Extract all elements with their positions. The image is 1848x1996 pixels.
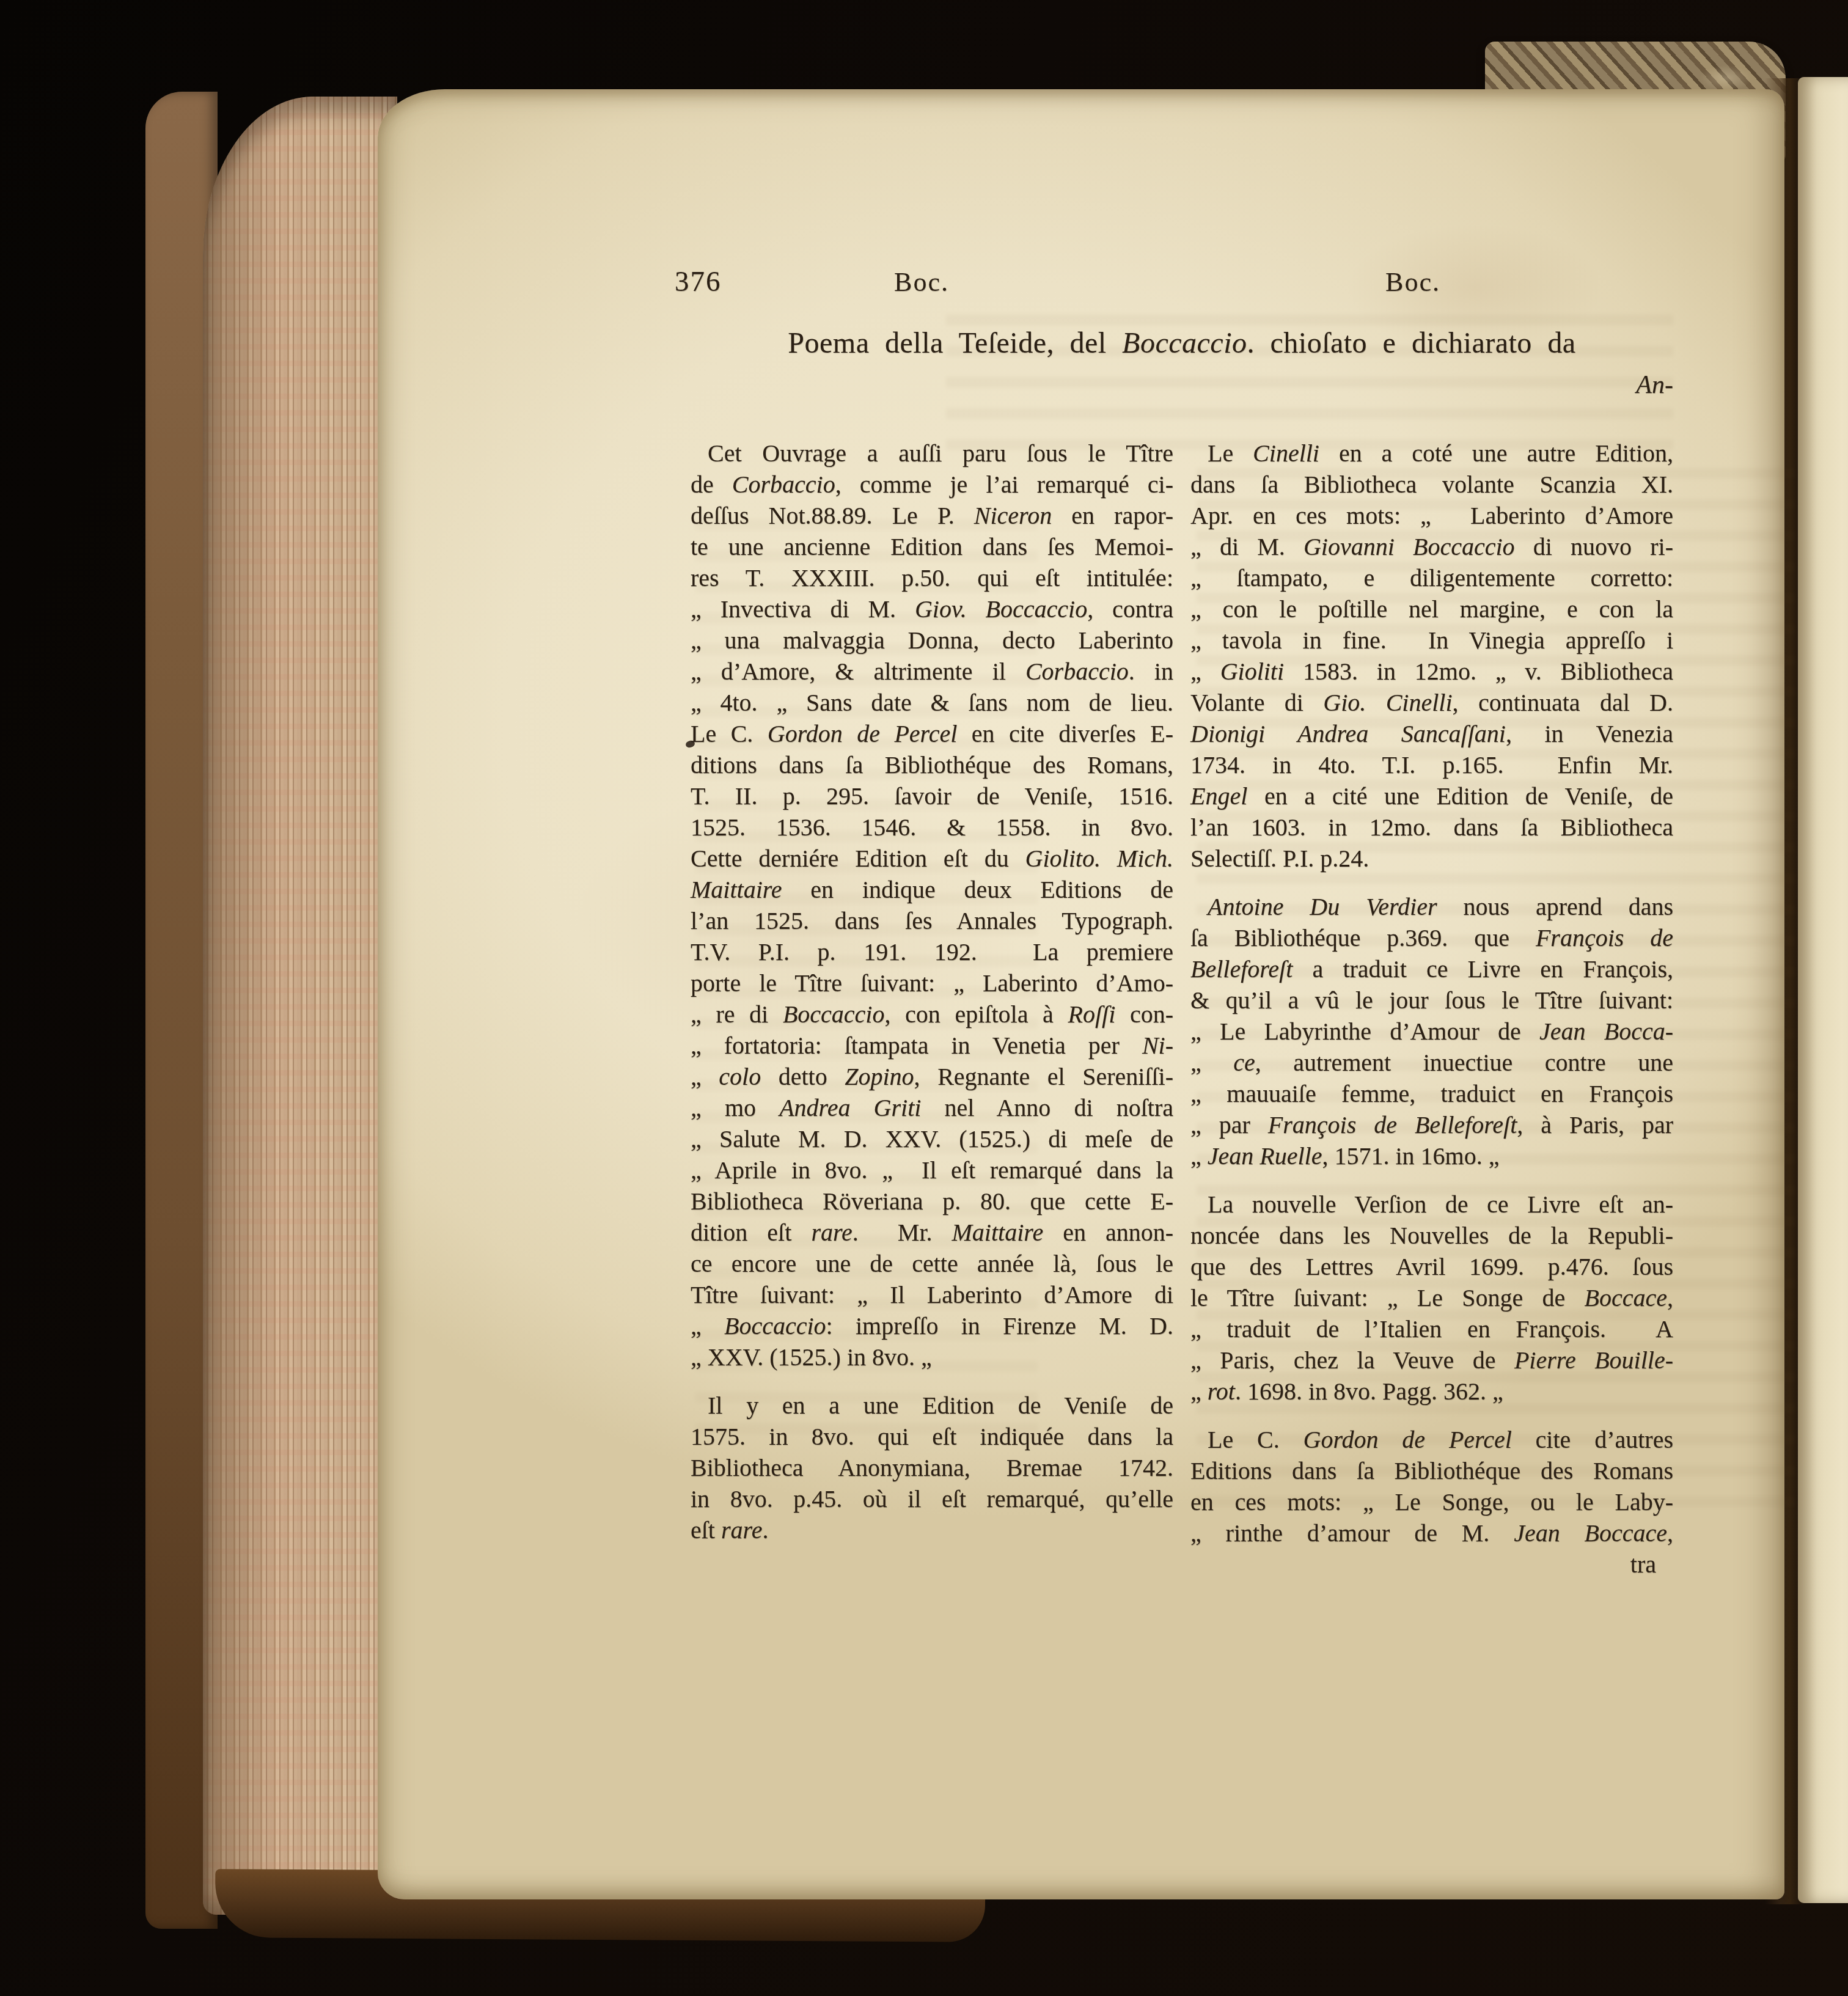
text-line: Le Cinelli en a coté une autre Edition, — [1190, 438, 1673, 469]
page-stack-fore-edge — [203, 97, 397, 1915]
text-line: Selectiſſ. P.I. p.24. — [1190, 843, 1673, 874]
book-page: 376 Boc. Boc. Poema della Teſeide, del B… — [378, 89, 1784, 1899]
text-run: Il y en a une Edition de Veniſe de — [708, 1392, 1173, 1419]
text-run: „ Salute M. D. XXV. (1525.) di meſe de — [691, 1125, 1173, 1153]
text-run: „ XXV. (1525.) in 8vo. „ — [691, 1343, 932, 1371]
text-line: in 8vo. p.45. où il eſt remarqué, qu’ell… — [691, 1483, 1173, 1514]
text-run: . Mr. — [853, 1219, 952, 1246]
book-photograph: { "page_number": "376", "running_heads":… — [0, 0, 1848, 1996]
text-line: 1525. 1536. 1546. & 1558. in 8vo. — [691, 812, 1173, 843]
running-head-right: Boc. — [1385, 266, 1440, 298]
text-column-left: Cet Ouvrage a auſſi paru ſous le Tîtrede… — [691, 438, 1173, 1580]
text-run: „ re di — [691, 1000, 783, 1028]
text-line: eſt rare. — [691, 1514, 1173, 1546]
text-line: ce encore une de cette année là, ſous le — [691, 1248, 1173, 1279]
text-run: , autrement inuectiue contre une — [1255, 1049, 1673, 1076]
text-run: nel Anno di noſtra — [921, 1094, 1173, 1121]
italic-text-run: Roſſi — [1068, 1000, 1115, 1028]
text-line: „ Gioliti 1583. in 12mo. „ v. Bibliothec… — [1190, 656, 1673, 687]
text-line: ditions dans ſa Bibliothéque des Romans, — [691, 749, 1173, 780]
text-run: nous aprend dans — [1437, 893, 1673, 920]
text-line: Maittaire en indique deux Editions de — [691, 874, 1173, 905]
text-line: „ Le Labyrinthe d’Amour de Jean Bocca- — [1190, 1016, 1673, 1047]
text-line: Tître ſuivant: „ Il Laberinto d’Amore di — [691, 1279, 1173, 1310]
text-line: Bibliotheca Anonymiana, Bremae 1742. — [691, 1452, 1173, 1483]
text-run: „ traduit de l’Italien en François. A — [1190, 1315, 1673, 1343]
italic-text-run: Cinelli — [1253, 439, 1319, 467]
text-line: Bibliotheca Röveriana p. 80. que cette E… — [691, 1186, 1173, 1217]
italic-text-run: Maittaire — [952, 1219, 1044, 1246]
text-run: Volante di — [1190, 689, 1323, 716]
text-run: „ — [1190, 1049, 1233, 1076]
paragraph: Cet Ouvrage a auſſi paru ſous le Tîtrede… — [691, 438, 1173, 1373]
running-header: 376 Boc. Boc. — [691, 265, 1673, 304]
text-run: dans ſa Bibliotheca volante Scanzia XI. — [1190, 471, 1673, 498]
text-run: 1583. in 12mo. „ v. Bibliotheca — [1284, 658, 1673, 685]
text-run: „ Le Labyrinthe d’Amour de — [1190, 1018, 1539, 1045]
text-run: „ 4to. „ Sans date & ſans nom de lieu. — [691, 689, 1173, 716]
text-line: „ XXV. (1525.) in 8vo. „ — [691, 1341, 1173, 1373]
text-line: porte le Tître ſuivant: „ Laberinto d’Am… — [691, 967, 1173, 999]
text-run: porte le Tître ſuivant: „ Laberinto d’Am… — [691, 969, 1173, 997]
text-run: „ con le poſtille nel margine, e con la — [1190, 595, 1673, 623]
italic-text-run: Jean Bocca- — [1539, 1018, 1673, 1045]
text-column-right: Le Cinelli en a coté une autre Edition,d… — [1190, 438, 1673, 1580]
italic-text-run: rot — [1208, 1378, 1235, 1405]
paragraph: Il y en a une Edition de Veniſe de1575. … — [691, 1390, 1173, 1546]
text-run: di nuovo ri- — [1515, 533, 1673, 560]
text-line: „ Boccaccio: impreſſo in Firenze M. D. — [691, 1310, 1173, 1341]
text-run: en cite diverſes E- — [957, 720, 1173, 747]
text-run: „ Paris, chez la Veuve de — [1190, 1346, 1514, 1374]
text-run: Tître ſuivant: „ Il Laberinto d’Amore di — [691, 1281, 1173, 1308]
text-run: que des Lettres Avril 1699. p.476. ſous — [1190, 1253, 1673, 1280]
page-number: 376 — [675, 265, 722, 298]
text-line: „ Salute M. D. XXV. (1525.) di meſe de — [691, 1123, 1173, 1154]
text-line: Le C. Gordon de Percel cite d’autres — [1190, 1424, 1673, 1455]
italic-text-run: Giolito. Mich. — [1025, 845, 1173, 872]
text-line: Antoine Du Verdier nous aprend dans — [1190, 891, 1673, 922]
text-line: „ rot. 1698. in 8vo. Pagg. 362. „ — [1190, 1376, 1673, 1407]
text-run: l’an 1525. dans ſes Annales Typograph. — [691, 907, 1173, 934]
text-run: & qu’il a vû le jour ſous le Tître ſuiva… — [1190, 986, 1673, 1014]
text-run: eſt — [691, 1516, 721, 1544]
text-run: en a coté une autre Edition, — [1319, 439, 1673, 467]
italic-text-run: Boccaccio — [783, 1000, 885, 1028]
text-run: „ tavola in fine. In Vinegia appreſſo i — [1190, 626, 1673, 654]
text-run: en indique deux Editions de — [782, 876, 1173, 903]
italic-text-run: Boccaccio — [724, 1312, 826, 1340]
italic-text-run: Jean Boccace — [1514, 1519, 1667, 1547]
italic-text-run: Zopino — [845, 1063, 914, 1090]
text-line: „ colo detto Zopino, Regnante el Sereniſ… — [691, 1061, 1173, 1092]
text-run: „ Invectiva di M. — [691, 595, 915, 623]
text-run: . — [762, 1516, 768, 1544]
text-line: que des Lettres Avril 1699. p.476. ſous — [1190, 1251, 1673, 1282]
italic-text-run: Jean Ruelle — [1208, 1142, 1322, 1170]
text-line: noncée dans les Nouvelles de la Republi- — [1190, 1220, 1673, 1251]
text-run: . chioſato e dichiarato da — [1247, 327, 1575, 359]
text-run: , in Venezia — [1506, 720, 1673, 747]
text-line: „ Invectiva di M. Giov. Boccaccio, contr… — [691, 593, 1173, 625]
text-run: deſſus Not.88.89. Le P. — [691, 502, 974, 529]
italic-text-run: Gio. Cinelli — [1323, 689, 1452, 716]
text-run: La nouvelle Verſion de ce Livre eſt an- — [1208, 1191, 1673, 1218]
text-line: res T. XXXIII. p.50. qui eſt intitulée: — [691, 562, 1173, 593]
text-run: „ di M. — [1190, 533, 1303, 560]
text-run: ce encore une de cette année là, ſous le — [691, 1250, 1173, 1277]
text-run: , à Paris, par — [1517, 1111, 1673, 1139]
text-line: „ fortatoria: ſtampata in Venetia per Ni… — [691, 1030, 1173, 1061]
italic-text-run: Maittaire — [691, 876, 782, 903]
italic-text-run: Boccaccio — [1122, 327, 1247, 359]
text-run: Bibliotheca Anonymiana, Bremae 1742. — [691, 1454, 1173, 1481]
text-run: tra — [1630, 1550, 1656, 1578]
text-run: . in — [1129, 658, 1173, 685]
italic-text-run: Gordon de Percel — [1303, 1426, 1512, 1453]
text-run: de — [691, 471, 732, 498]
text-columns: Cet Ouvrage a auſſi paru ſous le Tîtrede… — [691, 438, 1673, 1580]
text-run: , 1571. in 16mo. „ — [1322, 1142, 1499, 1170]
text-line: La nouvelle Verſion de ce Livre eſt an- — [1190, 1189, 1673, 1220]
text-line: „ d’Amore, & altrimente il Corbaccio. in — [691, 656, 1173, 687]
text-run: „ una malvaggia Donna, decto Laberinto — [691, 626, 1173, 654]
text-run: Selectiſſ. P.I. p.24. — [1190, 845, 1369, 872]
italic-text-run: Antoine Du Verdier — [1208, 893, 1437, 920]
facing-page-edge — [1798, 77, 1848, 1903]
italic-text-run: Corbaccio — [1025, 658, 1129, 685]
italic-text-run: François de Belleforeſt — [1268, 1111, 1517, 1139]
italic-text-run: colo — [719, 1063, 761, 1090]
text-run: cite d’autres — [1512, 1426, 1673, 1453]
text-line: „ re di Boccaccio, con epiſtola à Roſſi … — [691, 999, 1173, 1030]
text-line: ſa Bibliothéque p.369. que François de — [1190, 922, 1673, 953]
text-line: „ ce, autrement inuectiue contre une — [1190, 1047, 1673, 1078]
italic-text-run: Ni- — [1142, 1032, 1173, 1059]
text-line: „ mo Andrea Griti nel Anno di noſtra — [691, 1092, 1173, 1123]
text-run: T. II. p. 295. ſavoir de Veniſe, 1516. — [691, 782, 1173, 810]
text-line: „ traduit de l’Italien en François. A — [1190, 1313, 1673, 1345]
text-line: „ 4to. „ Sans date & ſans nom de lieu. — [691, 687, 1173, 718]
text-run: : impreſſo in Firenze M. D. — [826, 1312, 1173, 1340]
text-run: Poema della Teſeide, del — [788, 327, 1122, 359]
text-line: en ces mots: „ Le Songe, ou le Laby- — [1190, 1486, 1673, 1517]
text-line: „ rinthe d’amour de M. Jean Boccace, — [1190, 1517, 1673, 1549]
text-run: l’an 1603. in 12mo. dans ſa Bibliotheca — [1190, 813, 1673, 841]
text-run: ditions dans ſa Bibliothéque des Romans, — [691, 751, 1173, 779]
text-line: T.V. P.I. p. 191. 192. La premiere — [691, 936, 1173, 967]
text-run: en rapor- — [1052, 502, 1173, 529]
italic-text-run: rare — [721, 1516, 762, 1544]
paragraph: Antoine Du Verdier nous aprend dansſa Bi… — [1190, 891, 1673, 1172]
italic-text-run: Dionigi Andrea Sancaſſani — [1190, 720, 1506, 747]
text-line: deſſus Not.88.89. Le P. Niceron en rapor… — [691, 500, 1173, 531]
italic-text-run: Gioliti — [1220, 658, 1284, 685]
text-run: „ mauuaiſe femme, traduict en François — [1190, 1080, 1673, 1107]
text-run: . 1698. in 8vo. Pagg. 362. „ — [1235, 1378, 1503, 1405]
text-line: dition eſt rare. Mr. Maittaire en annon- — [691, 1217, 1173, 1248]
text-line: Volante di Gio. Cinelli, continuata dal … — [1190, 687, 1673, 718]
italic-text-run: Giovanni Boccaccio — [1303, 533, 1515, 560]
text-line: „ Jean Ruelle, 1571. in 16mo. „ — [1190, 1140, 1673, 1172]
text-run: „ — [1190, 1142, 1208, 1170]
text-run: res T. XXXIII. p.50. qui eſt intitulée: — [691, 564, 1173, 592]
text-run: „ ſtampato, e diligentemente corretto: — [1190, 564, 1673, 592]
text-line: le Tître ſuivant: „ Le Songe de Boccace, — [1190, 1282, 1673, 1313]
text-line: l’an 1525. dans ſes Annales Typograph. — [691, 905, 1173, 936]
italic-text-run: rare — [811, 1219, 852, 1246]
italic-text-run: Pierre Bouille- — [1514, 1346, 1673, 1374]
text-line: l’an 1603. in 12mo. dans ſa Bibliotheca — [1190, 812, 1673, 843]
text-run: en a cité une Edition de Veniſe, de — [1247, 782, 1673, 810]
text-line: „ ſtampato, e diligentemente corretto: — [1190, 562, 1673, 593]
italic-text-run: Giov. Boccaccio — [915, 595, 1087, 623]
text-line: Cet Ouvrage a auſſi paru ſous le Tître — [691, 438, 1173, 469]
text-run: „ — [1190, 1378, 1208, 1405]
italic-text-run: ce — [1233, 1049, 1255, 1076]
text-line: Editions dans ſa Bibliothéque des Romans — [1190, 1455, 1673, 1486]
text-line: 1575. in 8vo. qui eſt indiquée dans la — [691, 1421, 1173, 1452]
title-catchword: An- — [691, 370, 1677, 400]
paragraph: La nouvelle Verſion de ce Livre eſt an-n… — [1190, 1189, 1673, 1407]
italic-text-run: Niceron — [974, 502, 1052, 529]
italic-text-run: Andrea Griti — [779, 1094, 921, 1121]
text-run: , con epiſtola à — [884, 1000, 1068, 1028]
text-line: Le C. Gordon de Percel en cite diverſes … — [691, 718, 1173, 749]
text-run: en annon- — [1043, 1219, 1173, 1246]
text-line: „ par François de Belleforeſt, à Paris, … — [1190, 1109, 1673, 1140]
text-run: „ rinthe d’amour de M. — [1190, 1519, 1514, 1547]
text-run: , comme je l’ai remarqué ci- — [835, 471, 1173, 498]
text-run: en ces mots: „ Le Songe, ou le Laby- — [1190, 1488, 1673, 1516]
text-run: „ mo — [691, 1094, 779, 1121]
text-run: in 8vo. p.45. où il eſt remarqué, qu’ell… — [691, 1485, 1173, 1513]
text-run: „ d’Amore, & altrimente il — [691, 658, 1025, 685]
text-run: 1734. in 4to. T.I. p.165. Enfin Mr. — [1190, 751, 1673, 779]
text-line: Il y en a une Edition de Veniſe de — [691, 1390, 1173, 1421]
text-run: Cette derniére Edition eſt du — [691, 845, 1025, 872]
text-run: a traduit ce Livre en François, — [1292, 955, 1673, 983]
text-line: Cette derniére Edition eſt du Giolito. M… — [691, 843, 1173, 874]
text-run: „ Aprile in 8vo. „ Il eſt remarqué dans … — [691, 1156, 1173, 1184]
text-run: , continuata dal D. — [1453, 689, 1673, 716]
text-line: „ Aprile in 8vo. „ Il eſt remarqué dans … — [691, 1154, 1173, 1186]
text-run: le Tître ſuivant: „ Le Songe de — [1190, 1284, 1585, 1312]
text-run: Bibliotheca Röveriana p. 80. que cette E… — [691, 1187, 1173, 1215]
text-line: dans ſa Bibliotheca volante Scanzia XI. — [1190, 469, 1673, 500]
running-head-left: Boc. — [894, 266, 949, 298]
text-run: T.V. P.I. p. 191. 192. La premiere — [691, 938, 1173, 966]
text-run: dition eſt — [691, 1219, 811, 1246]
text-line: de Corbaccio, comme je l’ai remarqué ci- — [691, 469, 1173, 500]
text-run: 1525. 1536. 1546. & 1558. in 8vo. — [691, 813, 1173, 841]
italic-text-run: Engel — [1190, 782, 1247, 810]
text-line: Dionigi Andrea Sancaſſani, in Venezia — [1190, 718, 1673, 749]
paragraph: Le Cinelli en a coté une autre Edition,d… — [1190, 438, 1673, 874]
text-line: te une ancienne Edition dans ſes Memoi- — [691, 531, 1173, 562]
text-run: ſa Bibliothéque p.369. que — [1190, 924, 1536, 952]
text-run: , — [1667, 1519, 1673, 1547]
text-run: Le — [1208, 439, 1253, 467]
italic-text-run: Boccace — [1585, 1284, 1667, 1312]
text-run: „ fortatoria: ſtampata in Venetia per — [691, 1032, 1142, 1059]
text-line: Belleforeſt a traduit ce Livre en Franço… — [1190, 953, 1673, 985]
paragraph: Le C. Gordon de Percel cite d’autresEdit… — [1190, 1424, 1673, 1580]
text-line: „ tavola in fine. In Vinegia appreſſo i — [1190, 625, 1673, 656]
text-line: Engel en a cité une Edition de Veniſe, d… — [1190, 780, 1673, 812]
text-run: noncée dans les Nouvelles de la Republi- — [1190, 1222, 1673, 1249]
italic-text-run: Corbaccio — [732, 471, 835, 498]
italic-text-run: Gordon de Percel — [768, 720, 958, 747]
text-run: detto — [761, 1063, 845, 1090]
text-run: „ — [1190, 658, 1220, 685]
text-line: Apr. en ces mots: „ Laberinto d’Amore — [1190, 500, 1673, 531]
text-line: „ con le poſtille nel margine, e con la — [1190, 593, 1673, 625]
text-line: 1734. in 4to. T.I. p.165. Enfin Mr. — [1190, 749, 1673, 780]
text-run: Cet Ouvrage a auſſi paru ſous le Tître — [708, 439, 1173, 467]
text-run: Le C. — [691, 720, 768, 747]
text-run: Le C. — [1208, 1426, 1303, 1453]
text-line: T. II. p. 295. ſavoir de Veniſe, 1516. — [691, 780, 1173, 812]
italic-text-run: François de — [1536, 924, 1673, 952]
text-run: „ par — [1190, 1111, 1268, 1139]
text-run: , Regnante el Sereniſſi- — [914, 1063, 1173, 1090]
text-run: „ — [691, 1063, 719, 1090]
text-run: te une ancienne Edition dans ſes Memoi- — [691, 533, 1173, 560]
text-line: „ una malvaggia Donna, decto Laberinto — [691, 625, 1173, 656]
text-run: con- — [1115, 1000, 1173, 1028]
text-run: , contra — [1087, 595, 1173, 623]
text-run: Editions dans ſa Bibliothéque des Romans — [1190, 1457, 1673, 1484]
italic-text-run: Belleforeſt — [1190, 955, 1292, 983]
entry-title: Poema della Teſeide, del Boccaccio. chio… — [691, 326, 1673, 360]
text-run: „ — [691, 1312, 724, 1340]
catchword-line: tra — [1190, 1549, 1673, 1580]
text-run: 1575. in 8vo. qui eſt indiquée dans la — [691, 1423, 1173, 1450]
text-line: „ Paris, chez la Veuve de Pierre Bouille… — [1190, 1345, 1673, 1376]
text-line: & qu’il a vû le jour ſous le Tître ſuiva… — [1190, 985, 1673, 1016]
text-line: „ mauuaiſe femme, traduict en François — [1190, 1078, 1673, 1109]
text-run: Apr. en ces mots: „ Laberinto d’Amore — [1190, 502, 1673, 529]
text-run: , — [1667, 1284, 1673, 1312]
text-line: „ di M. Giovanni Boccaccio di nuovo ri- — [1190, 531, 1673, 562]
